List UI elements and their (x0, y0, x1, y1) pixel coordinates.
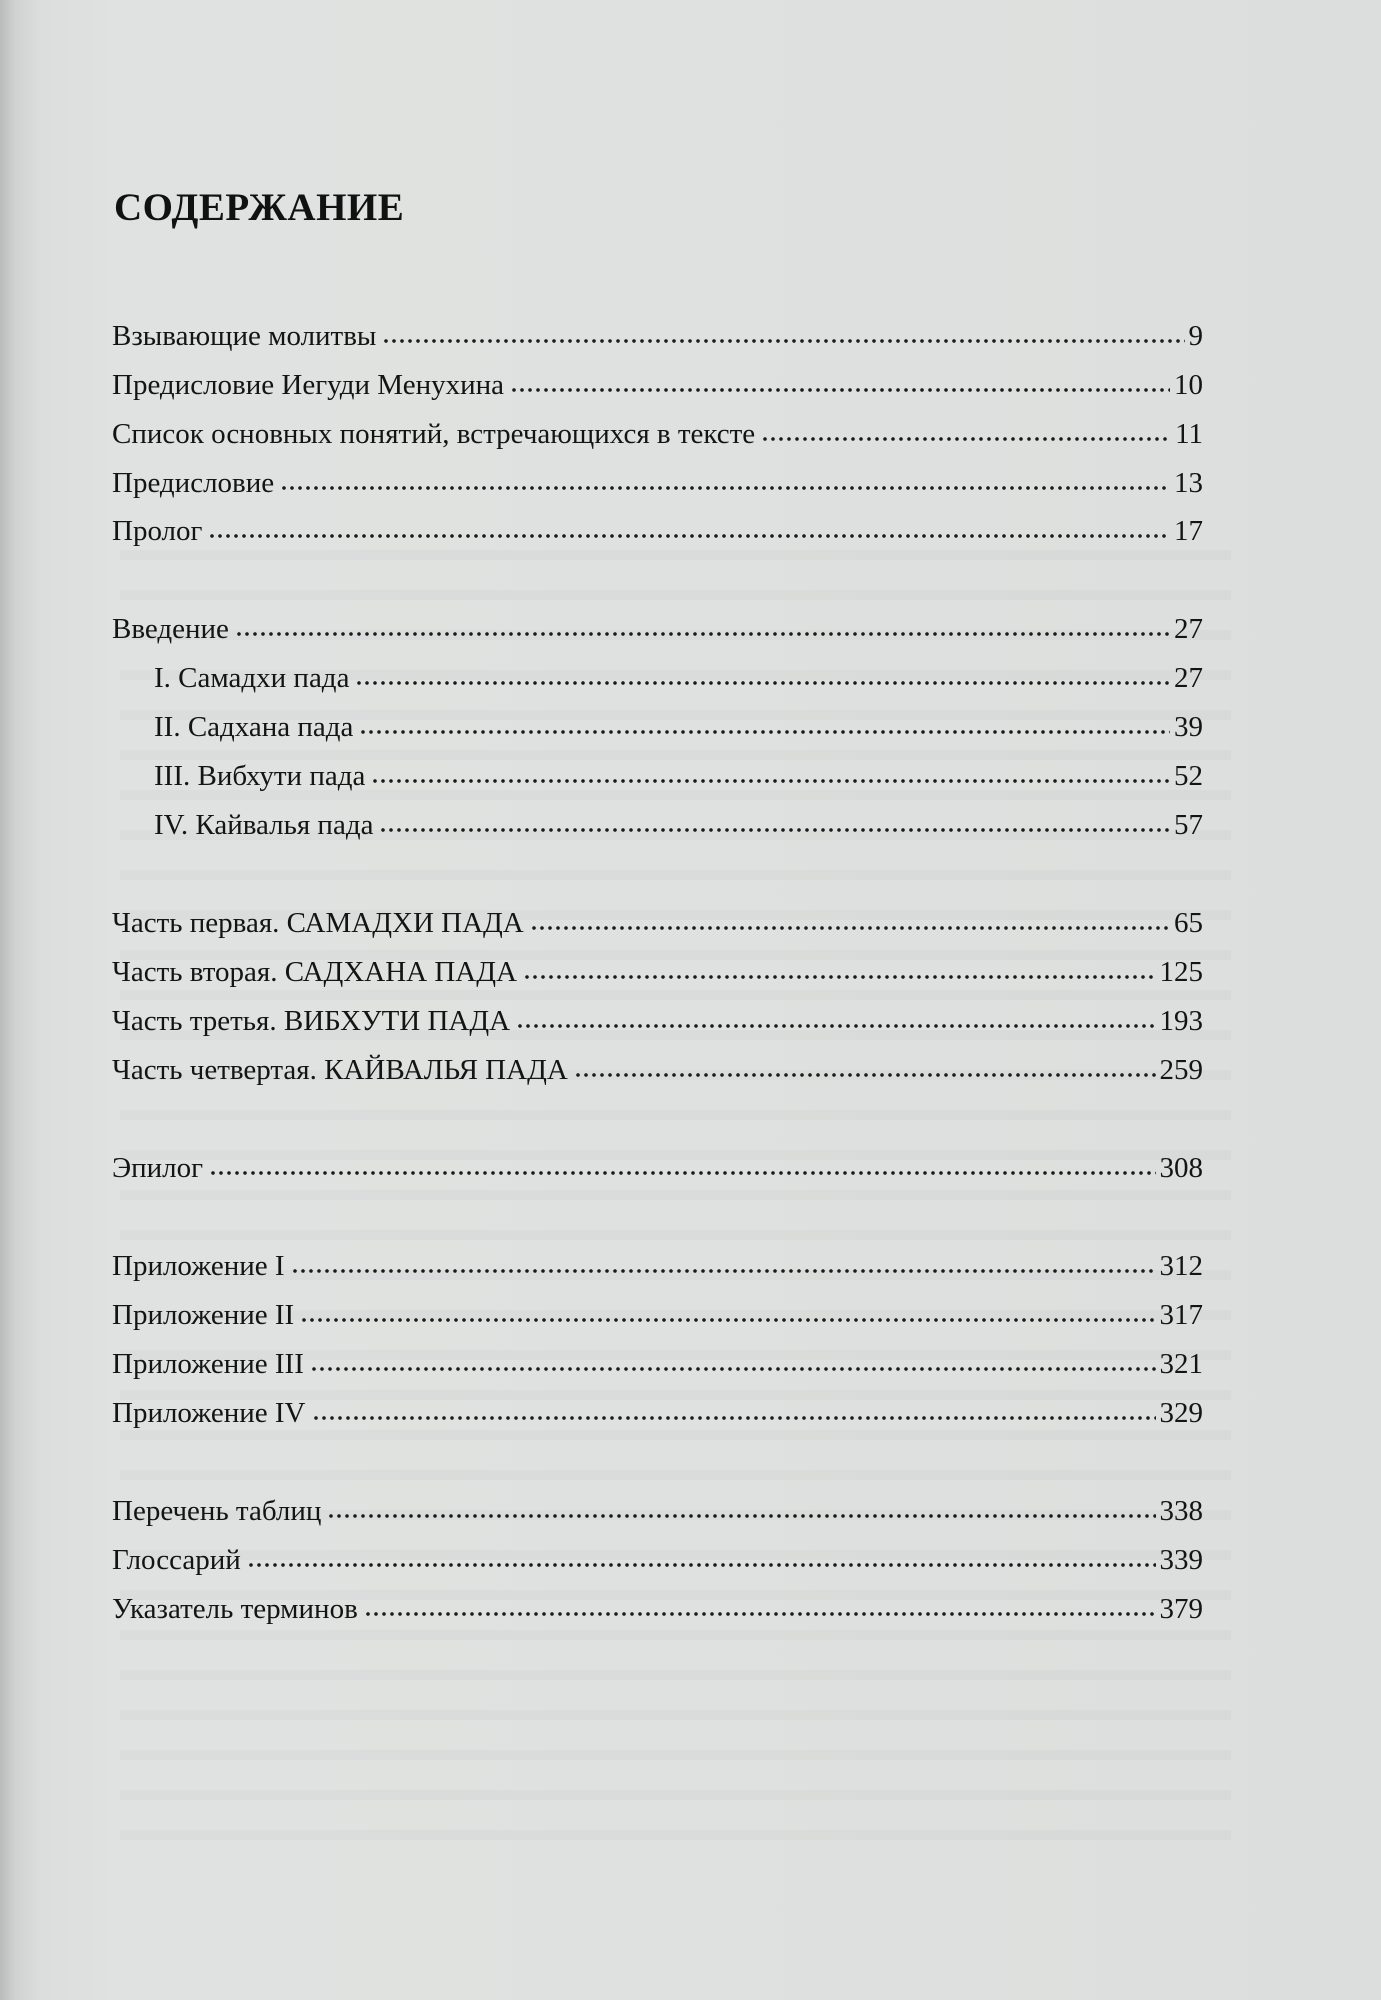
toc-entry[interactable]: Взывающие молитвы9 (112, 318, 1203, 354)
toc-entry[interactable]: Приложение I312 (112, 1248, 1203, 1284)
dot-leader (530, 923, 1170, 933)
toc-entry[interactable]: Перечень таблиц338 (112, 1493, 1203, 1529)
dot-leader (235, 629, 1170, 639)
toc-entry-page-number: 52 (1174, 758, 1203, 794)
toc-entry-page-number: 125 (1160, 954, 1204, 990)
toc-entry-title: Эпилог (112, 1150, 203, 1186)
toc-entry-title: IV. Кайвалья пада (154, 807, 373, 843)
dot-leader (364, 1609, 1156, 1619)
toc-entry-page-number: 27 (1174, 660, 1203, 696)
toc-entry[interactable]: Приложение III321 (112, 1346, 1203, 1382)
toc-entry[interactable]: Часть третья. ВИБХУТИ ПАДА193 (112, 1003, 1203, 1039)
toc-entry-page-number: 259 (1160, 1052, 1204, 1088)
dot-leader (312, 1413, 1156, 1423)
toc-entry-page-number: 10 (1174, 367, 1203, 403)
dot-leader (247, 1560, 1156, 1570)
dot-leader (359, 727, 1170, 737)
toc-entry[interactable]: Введение27 (112, 611, 1203, 647)
toc-entry-title: Указатель терминов (112, 1591, 358, 1627)
book-page: СОДЕРЖАНИЕ Взывающие молитвы9Предисловие… (0, 0, 1381, 2000)
toc-entry-title: I. Самадхи пада (154, 660, 349, 696)
toc-entry-page-number: 308 (1160, 1150, 1204, 1186)
toc-entry-title: Часть третья. ВИБХУТИ ПАДА (112, 1003, 510, 1039)
table-of-contents: Взывающие молитвы9Предисловие Иегуди Мен… (0, 0, 1381, 2000)
dot-leader (291, 1266, 1156, 1276)
toc-entry[interactable]: Пролог17 (112, 513, 1203, 549)
dot-leader (208, 531, 1170, 541)
toc-entry-title: III. Вибхути пада (154, 758, 365, 794)
toc-entry-page-number: 27 (1174, 611, 1203, 647)
dot-leader (523, 972, 1156, 982)
toc-entry-page-number: 321 (1160, 1346, 1204, 1382)
toc-entry[interactable]: Приложение IV329 (112, 1395, 1203, 1431)
toc-entry[interactable]: II. Садхана пада39 (154, 709, 1203, 745)
toc-entry-page-number: 17 (1174, 513, 1203, 549)
toc-entry-title: Глоссарий (112, 1542, 241, 1578)
dot-leader (574, 1070, 1156, 1080)
toc-entry-title: Пролог (112, 513, 202, 549)
toc-entry[interactable]: Часть вторая. САДХАНА ПАДА125 (112, 954, 1203, 990)
toc-entry[interactable]: Предисловие13 (112, 465, 1203, 501)
toc-entry-page-number: 379 (1160, 1591, 1204, 1627)
toc-entry[interactable]: Эпилог308 (112, 1150, 1203, 1186)
toc-entry-title: Перечень таблиц (112, 1493, 321, 1529)
toc-entry-page-number: 317 (1160, 1297, 1204, 1333)
dot-leader (382, 336, 1184, 346)
dot-leader (355, 678, 1170, 688)
toc-entry[interactable]: IV. Кайвалья пада57 (154, 807, 1203, 843)
toc-entry[interactable]: Часть четвертая. КАЙВАЛЬЯ ПАДА259 (112, 1052, 1203, 1088)
toc-entry-page-number: 57 (1174, 807, 1203, 843)
toc-entry-page-number: 65 (1174, 905, 1203, 941)
toc-entry[interactable]: Список основных понятий, встречающихся в… (112, 416, 1203, 452)
toc-entry-title: Приложение I (112, 1248, 285, 1284)
toc-entry-page-number: 11 (1175, 416, 1203, 452)
toc-entry[interactable]: III. Вибхути пада52 (154, 758, 1203, 794)
toc-entry-page-number: 312 (1160, 1248, 1204, 1284)
dot-leader (761, 434, 1171, 444)
dot-leader (510, 385, 1170, 395)
toc-entry-page-number: 39 (1174, 709, 1203, 745)
dot-leader (209, 1168, 1155, 1178)
dot-leader (300, 1315, 1155, 1325)
dot-leader (516, 1021, 1155, 1031)
toc-entry[interactable]: Приложение II317 (112, 1297, 1203, 1333)
toc-entry-title: Часть вторая. САДХАНА ПАДА (112, 954, 517, 990)
dot-leader (310, 1364, 1156, 1374)
toc-entry[interactable]: Часть первая. САМАДХИ ПАДА65 (112, 905, 1203, 941)
toc-entry-title: Введение (112, 611, 229, 647)
toc-entry[interactable]: Предисловие Иегуди Менухина10 (112, 367, 1203, 403)
toc-entry-page-number: 193 (1160, 1003, 1204, 1039)
toc-entry-title: Предисловие Иегуди Менухина (112, 367, 504, 403)
dot-leader (280, 483, 1170, 493)
toc-entry[interactable]: Указатель терминов379 (112, 1591, 1203, 1627)
toc-entry-page-number: 9 (1189, 318, 1204, 354)
dot-leader (379, 825, 1170, 835)
toc-entry-page-number: 339 (1160, 1542, 1204, 1578)
toc-entry-title: Часть четвертая. КАЙВАЛЬЯ ПАДА (112, 1052, 568, 1088)
toc-entry[interactable]: I. Самадхи пада27 (154, 660, 1203, 696)
toc-entry-title: Взывающие молитвы (112, 318, 376, 354)
toc-entry[interactable]: Глоссарий339 (112, 1542, 1203, 1578)
toc-entry-page-number: 13 (1174, 465, 1203, 501)
toc-entry-title: Предисловие (112, 465, 274, 501)
dot-leader (327, 1511, 1155, 1521)
toc-entry-title: Приложение II (112, 1297, 294, 1333)
toc-entry-title: Часть первая. САМАДХИ ПАДА (112, 905, 524, 941)
toc-entry-page-number: 329 (1160, 1395, 1204, 1431)
toc-entry-page-number: 338 (1160, 1493, 1204, 1529)
toc-entry-title: Список основных понятий, встречающихся в… (112, 416, 755, 452)
dot-leader (371, 776, 1170, 786)
toc-entry-title: II. Садхана пада (154, 709, 353, 745)
toc-entry-title: Приложение IV (112, 1395, 306, 1431)
toc-entry-title: Приложение III (112, 1346, 304, 1382)
